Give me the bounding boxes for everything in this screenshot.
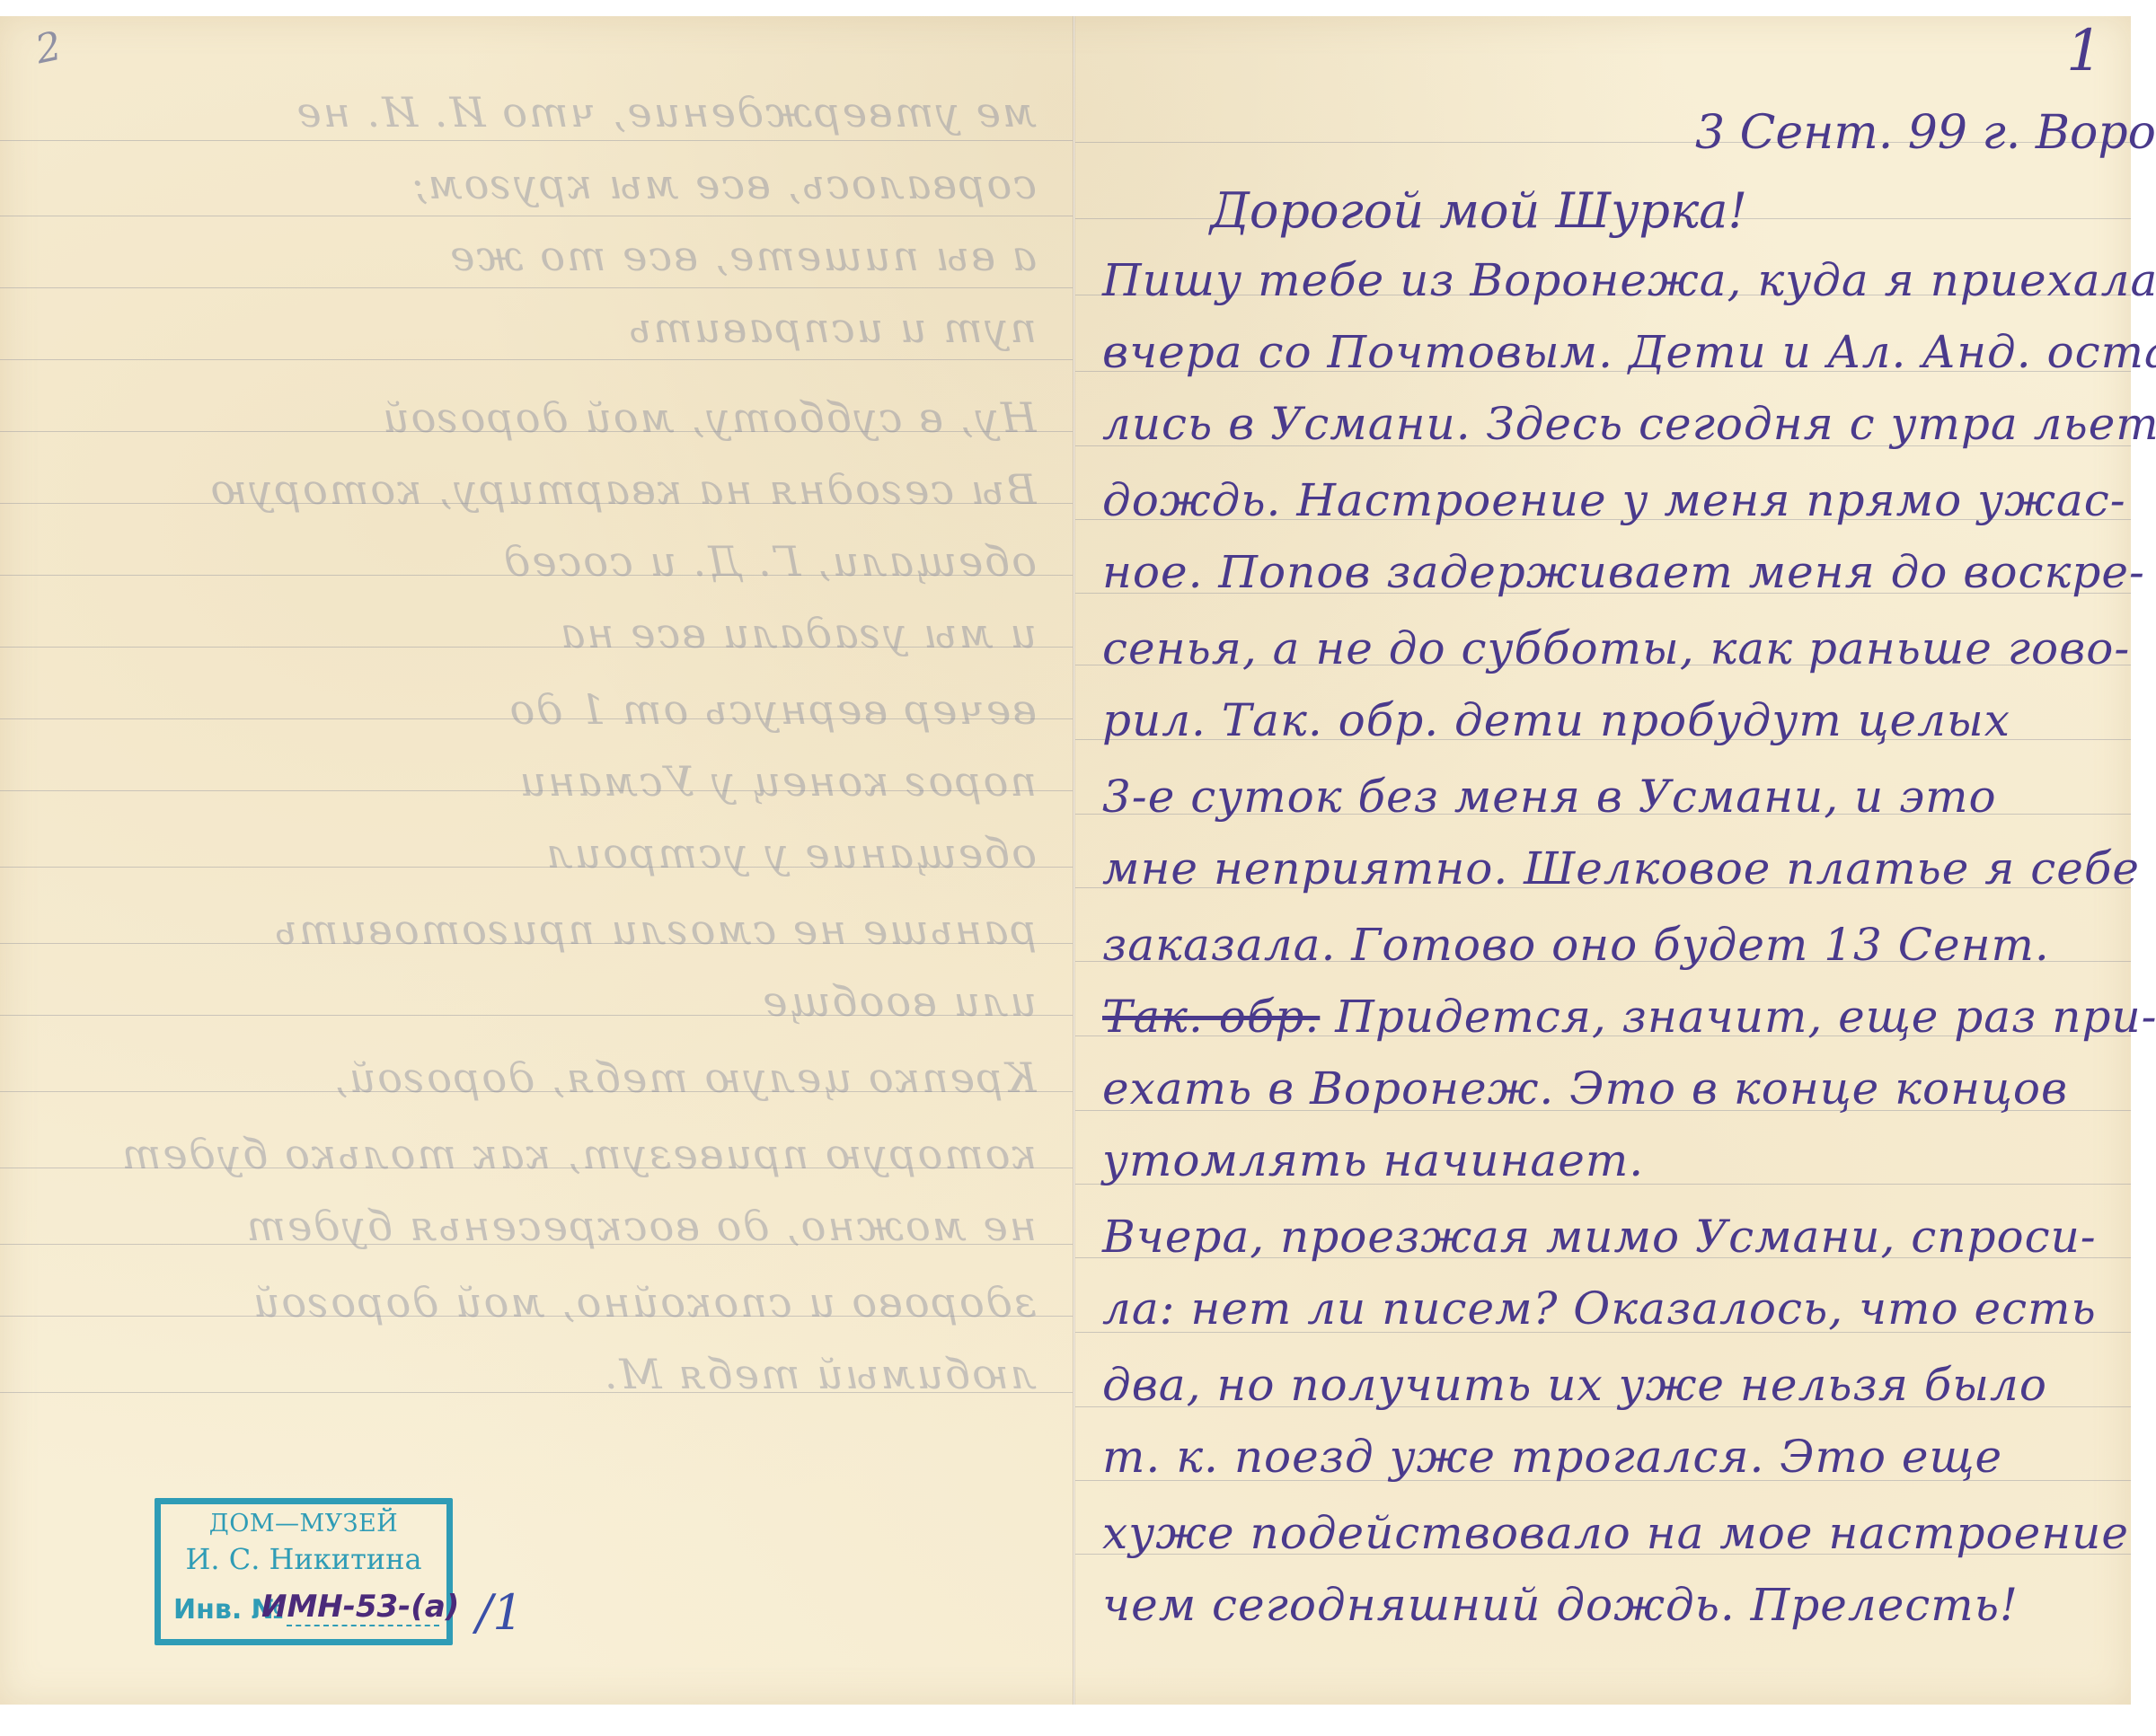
letter-line: ное. Попов задерживает меня до воскре-: [1102, 546, 2145, 598]
salutation: Дорогой мой Шурка!: [1210, 182, 1747, 239]
ruled-line: [0, 359, 1073, 360]
left-page: 2 ме утверждение, что И. И. не сорвалось…: [0, 16, 1073, 1705]
letter-line: хуже подействовало на мое настроение: [1102, 1507, 2129, 1559]
letter-line: утомлять начинает.: [1102, 1134, 1644, 1186]
bleed-through-line: или вообще: [54, 977, 1037, 1031]
bleed-through-line: обещали, Г. Д. и сосед: [54, 537, 1037, 591]
bleed-through-line: и мы угадали все на: [54, 609, 1037, 663]
bleed-through-line: сорвалось, все мы кругом;: [54, 160, 1037, 214]
stamp-dotted-line: [287, 1625, 439, 1626]
bleed-through-line: раньше не смогли приготовить: [54, 905, 1037, 959]
letter-line: сенья, а не до субботы, как раньше гово-: [1102, 622, 2130, 674]
struck-out-text: Так. обр.: [1102, 991, 1320, 1043]
bleed-through-line: здорово и спокойно, мой дорогой: [54, 1278, 1037, 1332]
bleed-through-line: обещание у устроил: [54, 829, 1037, 883]
ruled-line: [0, 216, 1073, 216]
dateline: 3 Сент. 99 г. Воронеж: [1695, 106, 2156, 160]
bleed-through-line: ме утверждение, что И. И. не: [54, 88, 1037, 142]
bleed-through-line: которую привезут, как только будет: [54, 1130, 1037, 1184]
bleed-through-line: а вы пишете, все то же: [54, 232, 1037, 286]
letter-line: Вчера, проезжая мимо Усмани, спроси-: [1102, 1211, 2097, 1263]
letter-line: дождь. Настроение у меня прямо ужас-: [1102, 474, 2126, 526]
letter-line: заказала. Готово оно будет 13 Сент.: [1102, 919, 2050, 971]
letter-line-text: Придется, значит, еще раз при-: [1335, 991, 2156, 1043]
bleed-through-line: любимый тебя М.: [54, 1350, 1037, 1404]
letter-line-with-strikeout: Так. обр. Придется, значит, еще раз при-: [1102, 991, 2156, 1043]
bleed-through-line: Крепко целую тебя, дорогой,: [54, 1053, 1037, 1107]
letter-line: ехать в Воронеж. Это в конце концов: [1102, 1062, 2068, 1115]
bleed-through-line: вечер вернусь от 1 до: [54, 685, 1037, 739]
letter-line: т. к. поезд уже трогался. Это еще: [1102, 1431, 2002, 1483]
letter-line: 3-е суток без меня в Усмани, и это: [1102, 771, 1997, 823]
letter-line: ла: нет ли писем? Оказалось, что есть: [1102, 1282, 2097, 1335]
letter-line: два, но получить их уже нельзя было: [1102, 1359, 2047, 1411]
stamp-inventory-number: ИМН-53-(а): [261, 1589, 459, 1625]
letter-line: Пишу тебе из Воронежа, куда я приехала: [1102, 254, 2156, 306]
ruled-line: [0, 287, 1073, 288]
letter-line: лись в Усмани. Здесь сегодня с утра льет: [1102, 398, 2156, 450]
bleed-through-line: Вы сегодня на квартиру, которую: [54, 465, 1037, 519]
page-mark: 2: [31, 23, 66, 74]
stamp-name: И. С. Никитина: [161, 1542, 446, 1576]
stamp-title: ДОМ—МУЗЕЙ: [161, 1510, 446, 1538]
letter-line: вчера со Почтовым. Дети и Ал. Анд. оста-: [1102, 326, 2156, 378]
right-page: 3 Сент. 99 г. Воронеж Дорогой мой Шурка!…: [1075, 16, 2131, 1705]
museum-stamp: ДОМ—МУЗЕЙ И. С. Никитина Инв. № ИМН-53-(…: [155, 1498, 453, 1645]
bleed-through-line: пут и исправить: [54, 304, 1037, 357]
bleed-through-line: порог конец у Усмани: [54, 757, 1037, 811]
stamp-suffix: /1: [476, 1584, 524, 1641]
bleed-through-line: не можно, до воскресенья будет: [54, 1202, 1037, 1256]
letter-line: чем сегодняшний дождь. Прелесть!: [1102, 1579, 2019, 1631]
letter-line: мне неприятно. Шелковое платье я себе: [1102, 842, 2140, 894]
page-number: 1: [2066, 18, 2103, 84]
letter-line: рил. Так. обр. дети пробудут целых: [1102, 694, 2010, 746]
bleed-through-line: Ну, в субботу, мой дорогой: [54, 393, 1037, 447]
